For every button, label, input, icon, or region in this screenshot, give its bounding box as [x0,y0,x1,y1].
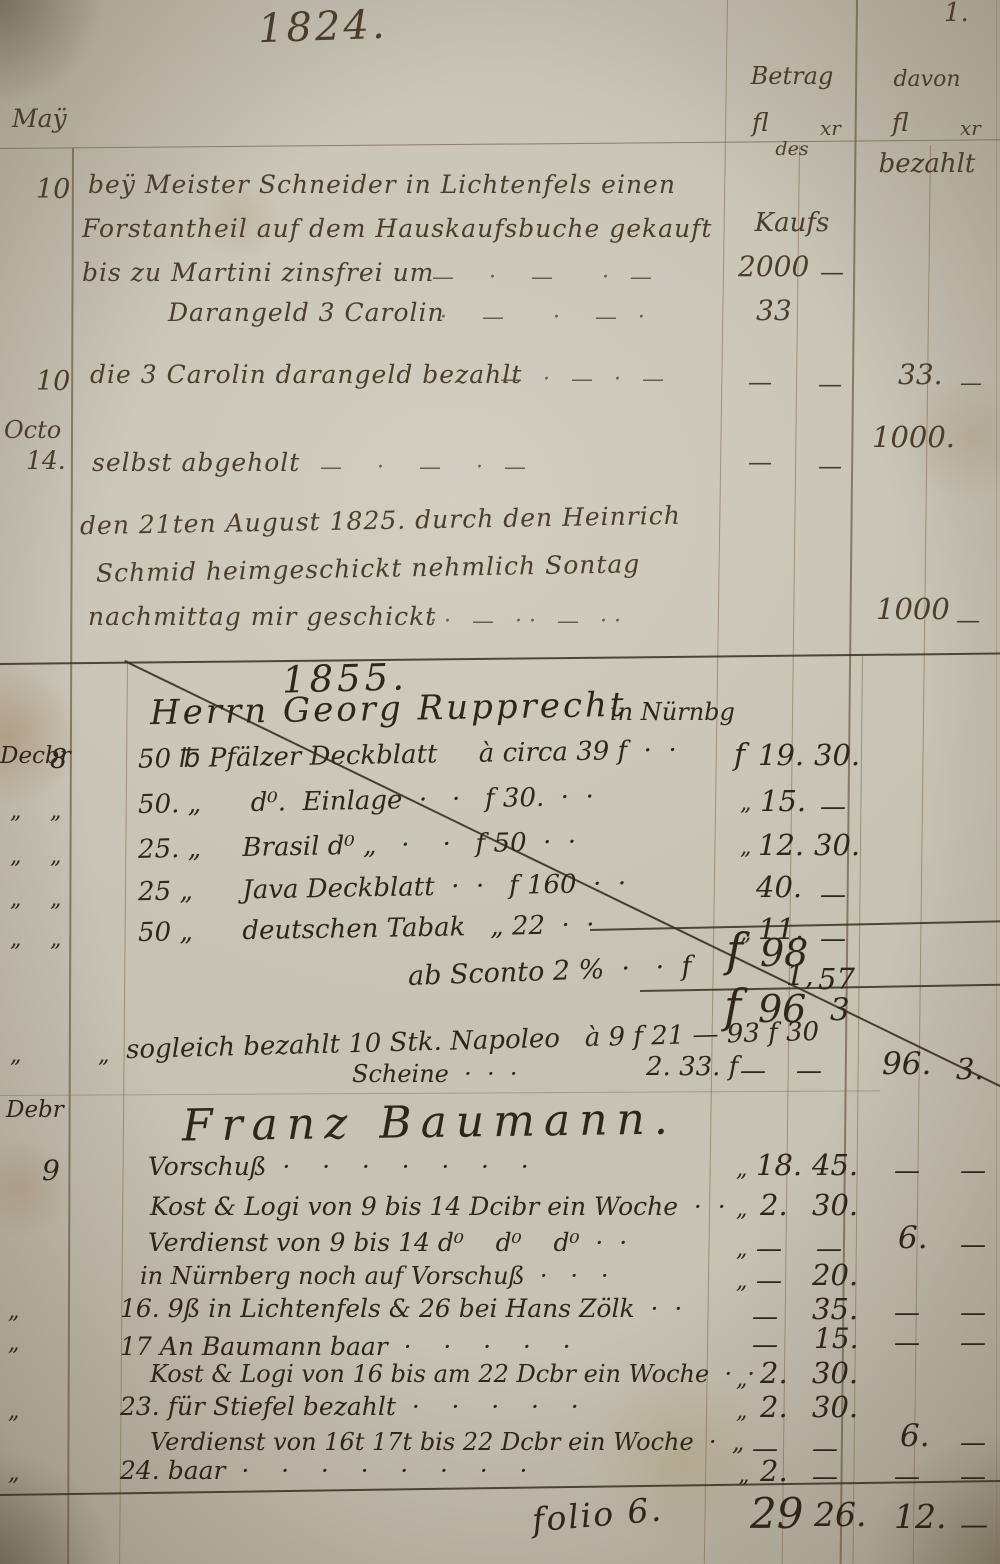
margin-month: Maÿ [12,106,67,132]
baumann-row5-pf: — [894,1300,920,1327]
rupprecht-day: 8 [50,746,67,774]
entry2-paid-f: 33. [898,360,943,389]
column-header-kauf-line1: Betrag [729,64,855,89]
page-edge-rule [996,0,997,1564]
entry2-kauf-kr-dash: — [818,372,842,397]
entry2-paid-kr: — [960,372,982,395]
baumann-row2-text: Kost & Logi von 9 bis 14 Dcibr ein Woche… [150,1194,726,1220]
entry3-margin-day: 14. [26,448,66,474]
payment-amount: 2. 33. f [646,1054,738,1081]
baumann-row1-pre: „ [736,1158,747,1181]
rupprecht-ditto-m5: „ [10,928,21,951]
totals-kauf-f: 29 [750,1492,803,1536]
payment-paid-f: 96. [882,1048,931,1081]
year-heading: 1824. [257,4,388,50]
baumann-row7-kr: 30. [812,1358,858,1388]
rupprecht-row1-f: 19. [758,740,804,770]
entry1-line1: beÿ Meister Schneider in Lichtenfels ein… [88,172,676,198]
rupprecht-row1-text: 50 ℔ Pfälzer Deckblatt à circa 39 f · · [138,737,677,774]
baumann-row1-pf: — [894,1158,920,1185]
entry2-kauf-f-dash: — [748,370,772,395]
entry3-kauf-f-dash: — [748,450,772,475]
payment-ditto-m: „ [10,1044,21,1067]
payment-ditto-d: „ [98,1044,109,1067]
rupprecht-sum-currency: f [726,926,743,974]
baumann-row10-text: 24. baar · · · · · · · · [120,1458,527,1484]
baumann-row4-f: — [756,1268,782,1295]
baumann-row8-pre: „ [736,1400,747,1423]
baumann-row6-text: 17 An Baumann baar · · · · · [120,1334,571,1360]
baumann-row3-pf: 6. [898,1222,928,1255]
baumann-row8-kr: 30. [812,1392,858,1422]
baumann-row4-kr: 20. [812,1260,858,1290]
entry3-leader: — · — · — [320,456,533,479]
folio-reference: folio 6. [531,1492,665,1538]
entry1-amount2-f: 33 [756,296,792,325]
baumann-row1-day: 9 [42,1156,60,1185]
baumann-row10-pre: „ [738,1464,749,1487]
rupprecht-ditto-m3: „ [10,845,21,868]
baumann-row1-text: Vorschuß · · · · · · · [148,1154,529,1180]
ledger-page: 1824. 1. Maÿ Betrag des Kaufs davon beza… [0,0,1000,1564]
net-sum-kr: 3 [830,994,850,1027]
discount-kr: 57 [818,964,855,994]
totals-kauf-kr: 26. [814,1498,866,1533]
entry4-paid-kr: — [956,608,980,633]
baumann-row10-f: 2. [760,1456,788,1486]
baumann-row1-kr: 45. [812,1150,858,1180]
baumann-row9-kr: — [812,1436,838,1463]
unit-kauf-fl: fl [752,110,769,136]
baumann-heading: Franz Baumann. [182,1097,677,1150]
rupprecht-row4-text: 25 „ Java Deckblatt · · f 160 · · [138,871,627,907]
entry3-margin-month: Octo [4,418,61,443]
baumann-row2-pre: „ [736,1198,747,1221]
unit-paid-xr: xr [960,118,981,139]
rupprecht-row4-f: 40. [756,872,802,902]
baumann-row6-pkr: — [960,1330,986,1357]
baumann-row9-pf: 6. [900,1420,930,1453]
rupprecht-row5-kr: — [820,926,846,953]
totals-paid-f: 12. [894,1500,946,1535]
baumann-row10-margin: „ [8,1462,19,1485]
rupprecht-row2-text: 50. „ d⁰. Einlage · · f 30. · · [138,784,594,819]
baumann-section-line [0,1090,880,1096]
rupprecht-row3-currency: „ [740,836,751,859]
rupprecht-row5-text: 50 „ deutschen Tabak „ 22 · · [138,912,595,947]
baumann-row9-text: Verdienst von 16t 17t bis 22 Dcbr ein Wo… [150,1430,744,1455]
entry2-leader: — · — · — [500,368,671,391]
unit-paid-fl: fl [892,110,909,136]
totals-paid-kr: — [960,1510,988,1539]
payment-line2: Scheine · · · [352,1062,518,1087]
column-header-kauf-line2: des [729,140,855,160]
baumann-row3-pkr: — [960,1232,986,1259]
entry4-line1: den 21ten August 1825. durch den Heinric… [80,503,681,540]
rupprecht-row2-f: 15. [760,786,806,816]
baumann-row1-f: 18. [756,1150,802,1180]
baumann-row7-pre: „ [736,1368,747,1391]
column-header-kauf: Betrag des Kaufs [729,14,855,288]
baumann-row8-f: 2. [760,1392,788,1422]
baumann-row5-f: — [752,1304,778,1331]
margin-rule [67,148,74,1564]
column-header-kauf-line3: Kaufs [729,210,855,237]
baumann-row5-text: 16. 9ß in Lichtenfels & 26 bei Hans Zölk… [120,1296,682,1322]
rupprecht-ditto-d2: „ [50,800,61,823]
baumann-row2-f: 2. [760,1190,788,1220]
entry4-leader: ·· — ·· — ·· [430,610,628,633]
baumann-row6-margin: „ [8,1332,19,1355]
baumann-row3-f: — [756,1236,782,1263]
column-header-bezahlt-line1: davon [860,68,994,91]
rupprecht-row2-kr: — [820,794,846,821]
entry3-paid-f: 1000. [872,422,955,452]
rupprecht-row2-currency: „ [740,792,751,815]
rupprecht-row1-currency: f [734,740,745,772]
rupprecht-row3-f: 12. [758,830,804,860]
entry1-line4-leader: · — · — · [440,306,652,329]
rupprecht-ditto-m2: „ [10,800,21,823]
rupprecht-ditto-m4: „ [10,888,21,911]
entry2-text: die 3 Carolin darangeld bezahlt [90,362,522,388]
baumann-row7-text: Kost & Logi von 16 bis am 22 Dcbr ein Wo… [150,1362,755,1387]
baumann-row4-pre: „ [736,1270,747,1293]
entry1-day: 10 [36,176,70,204]
entry1-line3: bis zu Martini zinsfrei um [82,260,434,286]
rupprecht-row3-text: 25. „ Brasil d⁰ „ · · f 50 · · [138,829,577,864]
entry1-amount-f: 2000 [738,252,809,281]
baumann-row10-kr: — [812,1464,838,1491]
entry4-paid-f: 1000 [876,594,950,624]
baumann-row5-kr: 35. [812,1294,858,1324]
baumann-row3-pre: „ [736,1238,747,1261]
rupprecht-row4-kr: — [820,882,846,909]
baumann-row9-pkr: — [960,1430,986,1457]
baumann-row2-kr: 30. [812,1190,858,1220]
baumann-row10-pkr: — [960,1464,986,1491]
discount-f: 1, [786,960,814,990]
payment-kauf-kr-dash: — [796,1058,822,1085]
entry1-line2: Forstantheil auf dem Hauskaufsbuche geka… [82,216,712,242]
rupprecht-row3-kr: 30. [814,830,860,860]
baumann-row7-f: 2. [760,1358,788,1388]
section-boundary-rule-2 [852,655,863,1564]
entry1-line3-leader: — · — · — [432,266,659,289]
baumann-row8-margin: „ [8,1400,19,1423]
entry4-line2: Schmid heimgeschickt nehmlich Sontag [96,551,641,587]
baumann-row5-margin: „ [8,1300,19,1323]
entry2-day: 10 [36,368,70,396]
rupprecht-ditto-d5: „ [50,928,61,951]
entry1-line4: Darangeld 3 Carolin [168,300,445,326]
rupprecht-ditto-d3: „ [50,845,61,868]
payment-paid-kr: 3. [956,1054,984,1084]
baumann-row4-text: in Nürnberg noch auf Vorschuß · · · [140,1264,609,1289]
baumann-row6-kr: 15. [814,1324,859,1353]
rupprecht-row1-kr: 30. [814,740,860,770]
baumann-margin-month: Debr [6,1098,64,1122]
payment-kauf-f-dash: — [740,1058,766,1085]
entry3-text: selbst abgeholt [92,450,300,476]
client-location: in Nürnbg [610,700,735,725]
day-column-rule [119,660,128,1564]
rupprecht-ditto-d4: „ [50,888,61,911]
client-name-heading: Herrn Georg Rupprecht [150,688,627,732]
baumann-row1-pkr: — [960,1158,986,1185]
column-header-bezahlt-line2: bezahlt [860,151,994,178]
baumann-row8-text: 23. für Stiefel bezahlt · · · · · [120,1394,579,1420]
unit-kauf-xr: xr [820,118,841,139]
baumann-row3-text: Verdienst von 9 bis 14 d⁰ d⁰ d⁰ · · [148,1230,627,1256]
discount-text: ab Sconto 2 % · · f [408,953,692,991]
baumann-row5-pkr: — [960,1300,986,1327]
baumann-row6-pf: — [894,1330,920,1357]
baumann-row10-pf: — [894,1464,920,1491]
entry3-kauf-kr-dash: — [818,454,842,479]
entry1-amount-kr: — [820,260,844,285]
entry4-line3: nachmittag mir geschickt [88,604,436,630]
